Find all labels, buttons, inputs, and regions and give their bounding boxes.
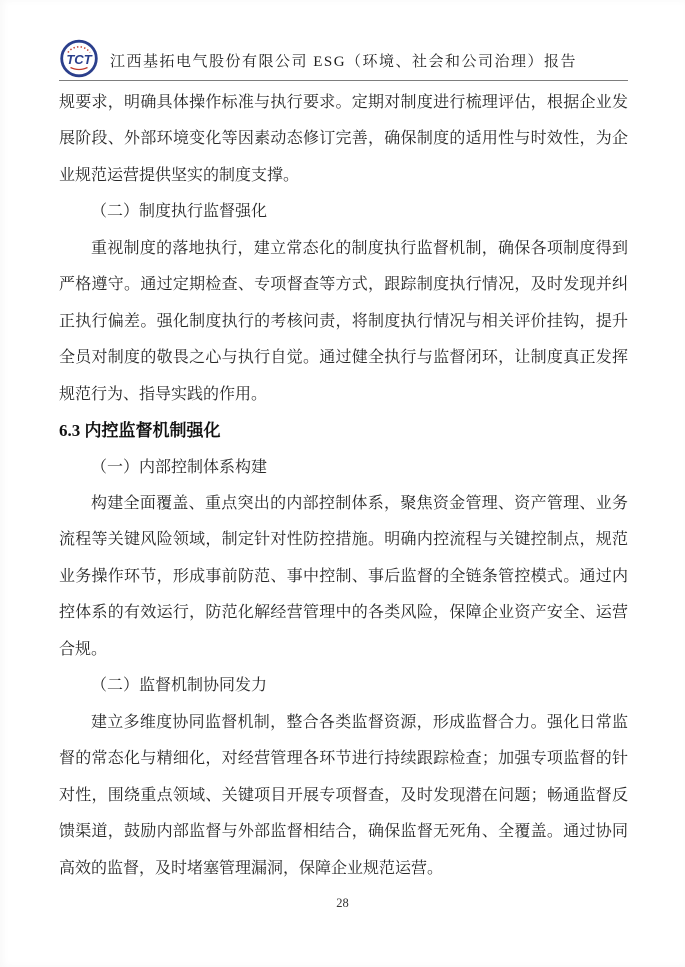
- page-number: 28: [336, 896, 349, 910]
- header-title: 江西基拓电气股份有限公司 ESG（环境、社会和公司治理）报告: [110, 50, 577, 71]
- paragraph: 重视制度的落地执行，建立常态化的制度执行监督机制，确保各项制度得到严格遵守。通过…: [59, 231, 628, 413]
- subsection-heading-institution-supervision: （二）制度执行监督强化: [59, 194, 628, 230]
- section-heading-6-3: 6.3 内控监督机制强化: [59, 413, 628, 449]
- page-footer: 28: [0, 896, 685, 911]
- page-header: TCT 江西基拓电气股份有限公司 ESG（环境、社会和公司治理）报告: [59, 36, 628, 81]
- paragraph: 构建全面覆盖、重点突出的内部控制体系，聚焦资金管理、资产管理、业务流程等关键风险…: [59, 486, 628, 668]
- report-page: TCT 江西基拓电气股份有限公司 ESG（环境、社会和公司治理）报告 规要求，明…: [0, 0, 685, 967]
- company-logo-icon: TCT: [59, 38, 99, 79]
- paragraph-continuation: 规要求，明确具体操作标准与执行要求。定期对制度进行梳理评估，根据企业发展阶段、外…: [59, 85, 628, 194]
- paragraph: 建立多维度协同监督机制，整合各类监督资源，形成监督合力。强化日常监督的常态化与精…: [59, 705, 628, 887]
- subsection-heading-supervision-synergy: （二）监督机制协同发力: [59, 668, 628, 704]
- svg-text:TCT: TCT: [66, 52, 92, 67]
- document-body: 规要求，明确具体操作标准与执行要求。定期对制度进行梳理评估，根据企业发展阶段、外…: [59, 85, 628, 887]
- subsection-heading-internal-control-system: （一）内部控制体系构建: [59, 450, 628, 486]
